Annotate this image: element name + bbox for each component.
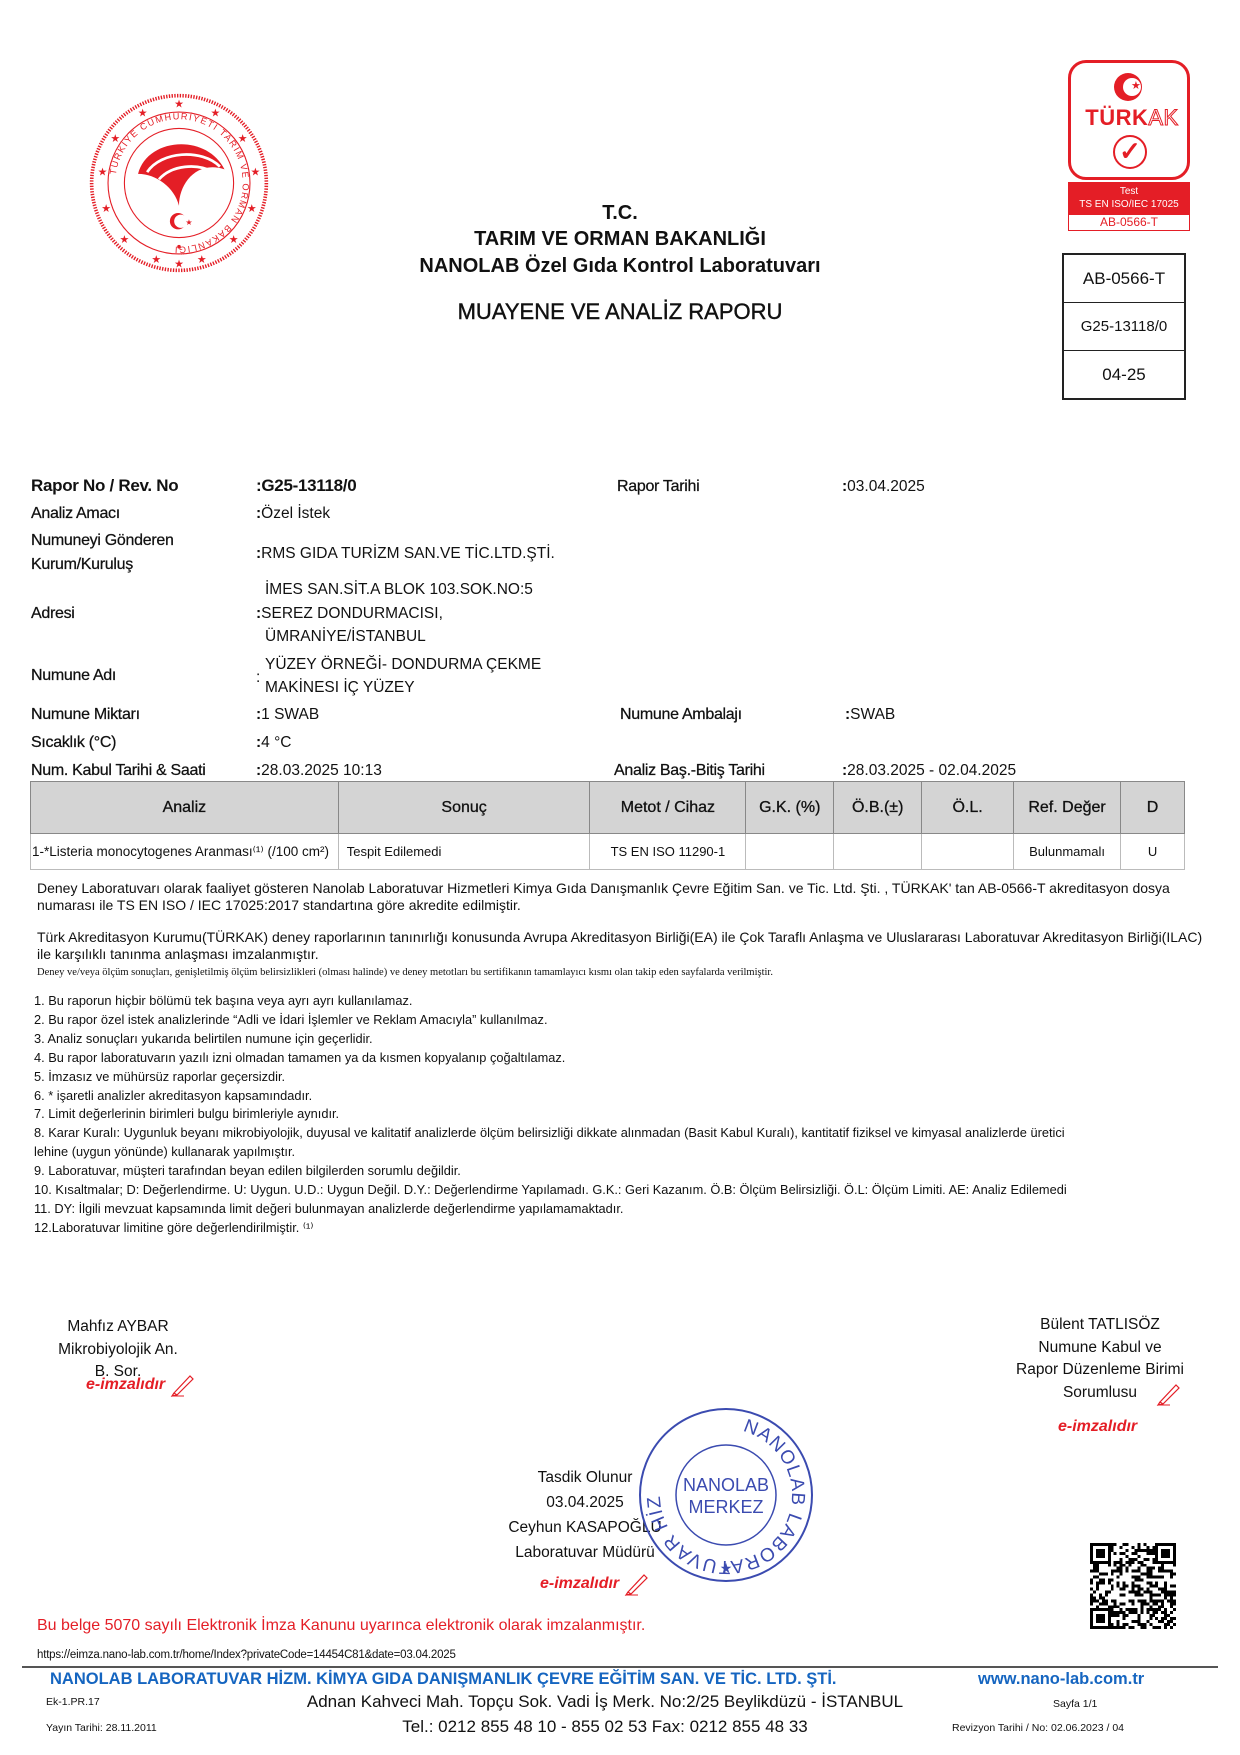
note-item: 3. Analiz sonuçları yukarıda belirtilen … — [34, 1030, 1214, 1049]
value-rapor-tarihi: :03.04.2025 — [842, 478, 925, 496]
svg-text:★: ★ — [238, 132, 248, 145]
value-analiz-amaci: :Özel İstek — [256, 505, 330, 523]
signer-title: Rapor Düzenleme Birimi — [1000, 1359, 1200, 1382]
value-adres-2: :SEREZ DONDURMACISI, — [256, 605, 443, 623]
note-item: 12.Laboratuvar limitine göre değerlendir… — [34, 1219, 1214, 1238]
header-lab-name: NANOLAB Özel Gıda Kontrol Laboratuvarı — [360, 255, 880, 278]
label-analiz-amaci: Analiz Amacı — [31, 505, 120, 523]
accreditation-paragraph: Deney Laboratuvarı olarak faaliyet göste… — [37, 880, 1207, 914]
accreditation-number: AB-0566-T — [1064, 255, 1184, 303]
col-header-sonuc: Sonuç — [338, 782, 590, 834]
label-rapor-no: Rapor No / Rev. No — [31, 476, 178, 496]
table-row: 1-*Listeria monocytogenes Aranması⁽¹⁾ (/… — [31, 834, 1185, 870]
value-ambalaj: :SWAB — [845, 706, 895, 724]
footer-address: Adnan Kahveci Mah. Topçu Sok. Vadi İş Me… — [235, 1692, 975, 1712]
value-kabul-tarihi: :28.03.2025 10:13 — [256, 762, 382, 780]
note-item: 4. Bu rapor laboratuvarın yazılı izni ol… — [34, 1049, 1214, 1068]
footer-revision: Revizyon Tarihi / No: 02.06.2023 / 04 — [952, 1722, 1124, 1734]
label-gonderen-2: Kurum/Kuruluş — [31, 556, 133, 574]
esign-badge-right: e-imzalıdır — [1058, 1418, 1137, 1436]
recognition-paragraph: Türk Akreditasyon Kurumu(TÜRKAK) deney r… — [37, 929, 1207, 963]
report-title: MUAYENE VE ANALİZ RAPORU — [360, 299, 880, 325]
svg-text:★: ★ — [110, 132, 120, 145]
svg-text:★: ★ — [251, 166, 261, 179]
note-item: 9. Laboratuvar, müşteri tarafından beyan… — [34, 1162, 1214, 1181]
note-item: 5. İmzasız ve mühürsüz raporlar geçersiz… — [34, 1068, 1214, 1087]
col-header-ref: Ref. Değer — [1014, 782, 1121, 834]
verification-url[interactable]: https://eimza.nano-lab.com.tr/home/Index… — [37, 1649, 456, 1661]
svg-text:★: ★ — [151, 253, 161, 266]
signer-title: Numune Kabul ve — [1000, 1337, 1200, 1360]
value-adres-1: İMES SAN.SİT.A BLOK 103.SOK.NO:5 — [265, 581, 533, 599]
label-numune-adi: Numune Adı — [31, 667, 116, 685]
cell-sonuc: Tespit Edilemedi — [338, 834, 590, 870]
note-item: 7. Limit değerlerinin birimleri bulgu bi… — [34, 1105, 1214, 1124]
note-item: 2. Bu rapor özel istek analizlerinde “Ad… — [34, 1011, 1214, 1030]
notes-list: 1. Bu raporun hiçbir bölümü tek başına v… — [34, 992, 1214, 1238]
footer-website[interactable]: www.nano-lab.com.tr — [978, 1670, 1144, 1689]
label-ambalaj: Numune Ambalajı — [620, 706, 742, 724]
cell-ol — [922, 834, 1014, 870]
numune-adi-colon: : — [256, 669, 260, 687]
label-rapor-tarihi: Rapor Tarihi — [617, 478, 699, 496]
signer-name: Bülent TATLISÖZ — [1000, 1314, 1200, 1337]
label-adres: Adresi — [31, 605, 75, 623]
note-item: 6. * işaretli analizler akreditasyon kap… — [34, 1087, 1214, 1106]
svg-text:★: ★ — [185, 218, 192, 227]
svg-text:★: ★ — [247, 202, 257, 215]
svg-text:MERKEZ: MERKEZ — [688, 1497, 763, 1517]
nanolab-stamp: NANOLAB LABORATUVAR HİZMETLERİ NANOLAB M… — [636, 1405, 816, 1585]
esign-law-notice: Bu belge 5070 sayılı Elektronik İmza Kan… — [37, 1617, 645, 1635]
label-kabul-tarihi: Num. Kabul Tarihi & Saati — [31, 762, 206, 780]
turkak-code: AB-0566-T — [1068, 214, 1190, 231]
col-header-ol: Ö.L. — [922, 782, 1014, 834]
results-table: Analiz Sonuç Metot / Cihaz G.K. (%) Ö.B.… — [30, 781, 1185, 870]
svg-text:★: ★ — [229, 233, 239, 246]
table-header-row: Analiz Sonuç Metot / Cihaz G.K. (%) Ö.B.… — [31, 782, 1185, 834]
cell-gk — [746, 834, 834, 870]
value-gonderen: :RMS GIDA TURİZM SAN.VE TİC.LTD.ŞTİ. — [256, 545, 555, 563]
footer-form-code: Ek-1.PR.17 — [46, 1696, 100, 1708]
note-item: 8. Karar Kuralı: Uygunluk beyanı mikrobi… — [34, 1124, 1214, 1143]
results-note: Deney ve/veya ölçüm sonuçları, genişleti… — [37, 967, 773, 978]
note-item: 11. DY: İlgili mevzuat kapsamında limit … — [34, 1200, 1214, 1219]
svg-text:★: ★ — [211, 107, 221, 120]
cell-metot: TS EN ISO 11290-1 — [590, 834, 746, 870]
pen-icon — [1156, 1382, 1182, 1406]
footer-phone: Tel.: 0212 855 48 10 - 855 02 53 Fax: 02… — [235, 1717, 975, 1737]
signer-title: Mikrobiyolojik An. — [48, 1339, 188, 1362]
crescent-star-icon: ★ — [1114, 73, 1142, 101]
footer-page-number: Sayfa 1/1 — [1053, 1698, 1097, 1710]
reference-box: AB-0566-T G25-13118/0 04-25 — [1062, 253, 1186, 400]
turkak-standard-band: Test TS EN ISO/IEC 17025 — [1068, 182, 1190, 214]
svg-text:★: ★ — [101, 202, 111, 215]
value-adres-3: ÜMRANİYE/İSTANBUL — [265, 628, 426, 646]
svg-text:★: ★ — [138, 107, 148, 120]
value-analiz-tarihi: :28.03.2025 - 02.04.2025 — [842, 762, 1016, 780]
month-year-box: 04-25 — [1064, 351, 1184, 398]
svg-text:★: ★ — [720, 1560, 733, 1576]
esign-badge-center: e-imzalıdır — [540, 1572, 650, 1596]
label-analiz-tarihi: Analiz Baş.-Bitiş Tarihi — [614, 762, 765, 780]
note-item: 1. Bu raporun hiçbir bölümü tek başına v… — [34, 992, 1214, 1011]
label-sicaklik: Sıcaklık (°C) — [31, 734, 116, 752]
footer-publish-date: Yayın Tarihi: 28.11.2011 — [46, 1722, 157, 1734]
cell-d: U — [1121, 834, 1185, 870]
report-number-box: G25-13118/0 — [1064, 303, 1184, 351]
checkmark-icon: ✓ — [1113, 135, 1147, 169]
note-item: lehine (uygun yönünde) kullanarak yapılm… — [34, 1143, 1214, 1162]
header-tc: T.C. — [360, 202, 880, 225]
cell-ref: Bulunmamalı — [1014, 834, 1121, 870]
pen-icon — [170, 1373, 196, 1397]
footer-divider — [22, 1666, 1218, 1668]
col-header-analiz: Analiz — [31, 782, 339, 834]
pen-icon — [624, 1572, 650, 1596]
label-gonderen-1: Numuneyi Gönderen — [31, 532, 174, 550]
svg-text:NANOLAB: NANOLAB — [683, 1475, 769, 1495]
label-miktar: Numune Miktarı — [31, 706, 140, 724]
ministry-seal-logo: TÜRKİYE CUMHURİYETİ TARIM VE ORMAN BAKAN… — [88, 92, 270, 274]
turkak-logo-frame: ★ TÜRKAK ✓ — [1068, 60, 1190, 180]
qr-code[interactable] — [1090, 1543, 1176, 1629]
cell-analiz: 1-*Listeria monocytogenes Aranması⁽¹⁾ (/… — [31, 834, 339, 870]
esign-badge-left: e-imzalıdır — [86, 1373, 196, 1397]
col-header-ob: Ö.B.(±) — [834, 782, 922, 834]
value-miktar: :1 SWAB — [256, 706, 319, 724]
svg-text:★: ★ — [120, 233, 130, 246]
col-header-d: D — [1121, 782, 1185, 834]
header-ministry: TARIM VE ORMAN BAKANLIĞI — [360, 228, 880, 251]
svg-text:★: ★ — [98, 166, 108, 179]
svg-text:★: ★ — [174, 97, 184, 110]
signer-name: Mahfız AYBAR — [48, 1316, 188, 1339]
col-header-metot: Metot / Cihaz — [590, 782, 746, 834]
footer-company-name: NANOLAB LABORATUVAR HİZM. KİMYA GIDA DAN… — [50, 1670, 837, 1689]
value-numune-adi-2: MAKİNESI İÇ YÜZEY — [265, 679, 415, 697]
col-header-gk: G.K. (%) — [746, 782, 834, 834]
note-item: 10. Kısaltmalar; D: Değerlendirme. U: Uy… — [34, 1181, 1214, 1200]
value-numune-adi-1: YÜZEY ÖRNEĞİ- DONDURMA ÇEKME — [265, 656, 541, 674]
value-sicaklik: :4 °C — [256, 734, 292, 752]
cell-ob — [834, 834, 922, 870]
svg-text:★: ★ — [174, 258, 184, 271]
value-rapor-no: :G25-13118/0 — [256, 476, 356, 496]
svg-text:★: ★ — [197, 253, 207, 266]
turkak-name: TÜRKAK — [1071, 105, 1193, 131]
turkak-accreditation-logo: ★ TÜRKAK ✓ Test TS EN ISO/IEC 17025 AB-0… — [1068, 60, 1188, 234]
